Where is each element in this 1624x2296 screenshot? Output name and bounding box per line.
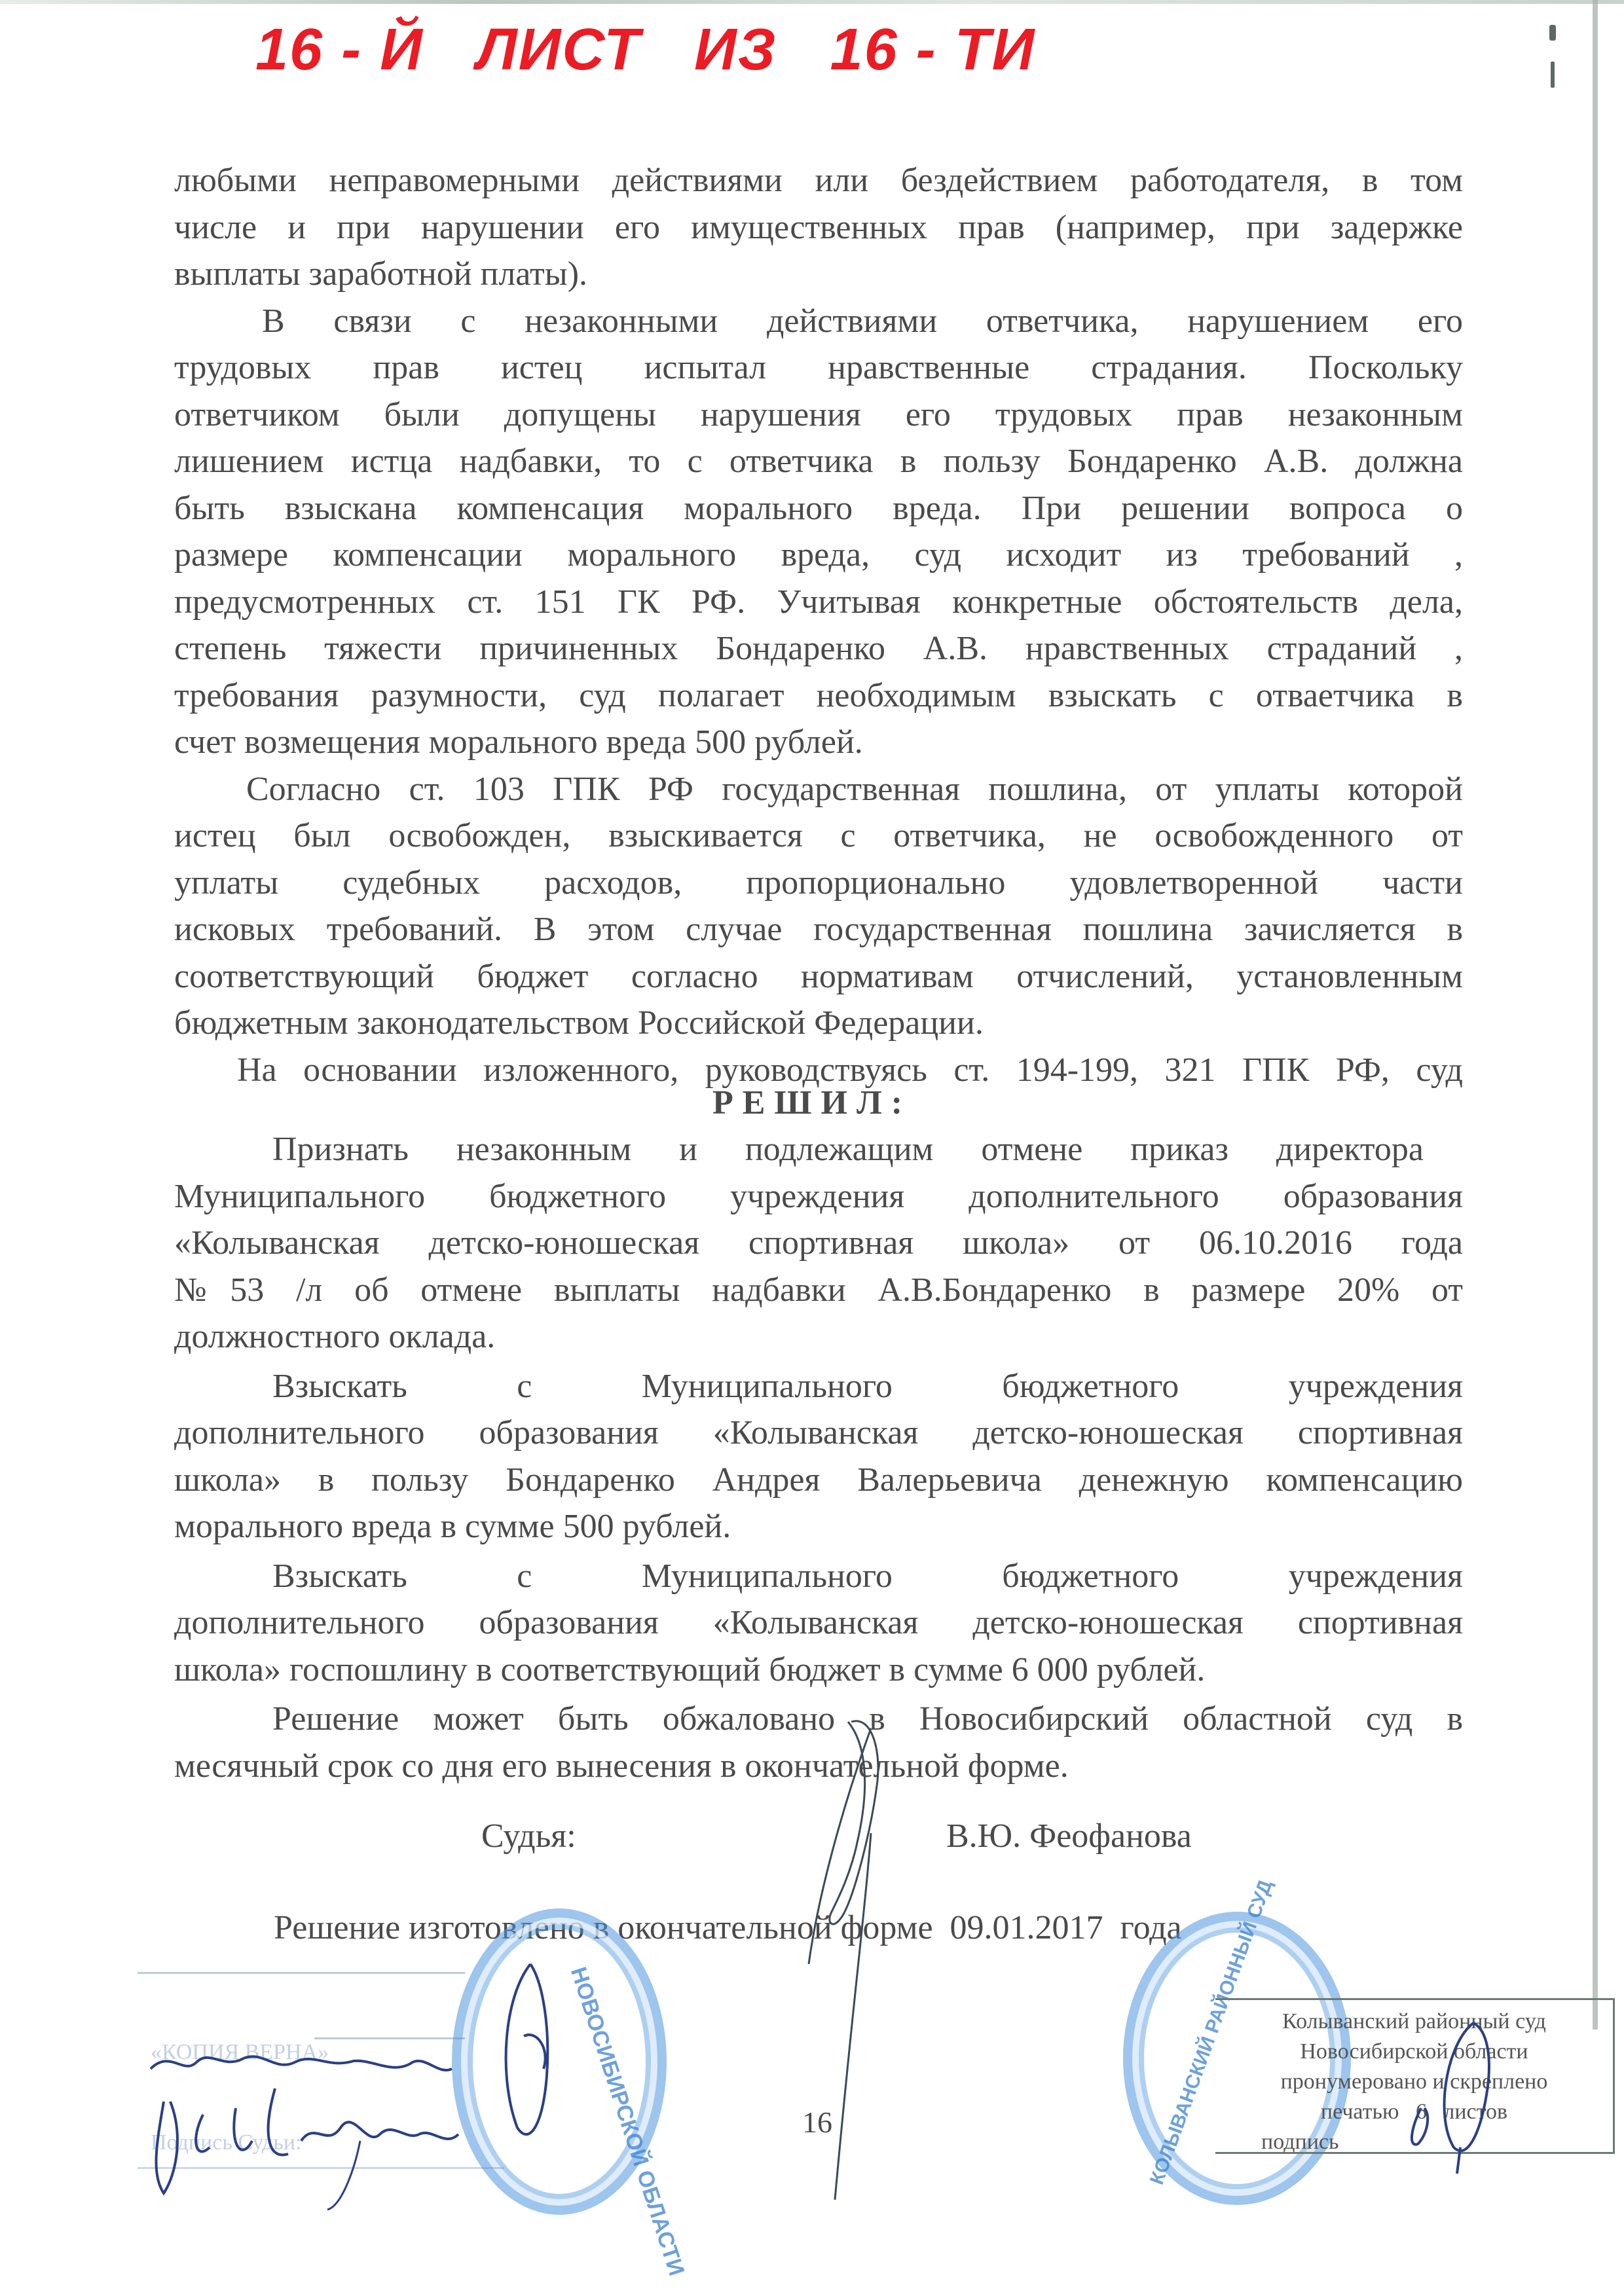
word: с <box>517 1553 532 1600</box>
line: счет возмещения морального вреда 500 руб… <box>174 719 1463 766</box>
word: бюджетного <box>1002 1363 1179 1410</box>
line: трудовых прав истец испытал нравственные… <box>174 344 1463 392</box>
line: уплаты судебных расходов, пропорциональн… <box>174 860 1463 907</box>
line: быть взыскана компенсация морального вре… <box>174 485 1463 532</box>
line: степень тяжести причиненных Бондаренко А… <box>174 625 1463 672</box>
word: с <box>517 1363 532 1410</box>
decision-item-1: Признать незаконным и подлежащим отмене … <box>174 1126 1463 1360</box>
judge-label: Судья: <box>481 1817 576 1855</box>
judge-name: В.Ю. Феофанова <box>946 1817 1192 1855</box>
line: «Колыванская детско-юношеская спортивная… <box>174 1220 1463 1267</box>
line: дополнительного образования «Колыванская… <box>174 1599 1463 1647</box>
line: размере компенсации морального вреда, су… <box>174 532 1463 579</box>
line: истец был освобожден, взыскивается с отв… <box>174 812 1463 860</box>
line: школа» госпошлину в соответствующий бюдж… <box>174 1647 1463 1694</box>
word: Муниципального <box>642 1363 893 1410</box>
line: бюджетным законодательством Российской Ф… <box>174 1000 1463 1047</box>
word: Взыскать <box>272 1363 407 1410</box>
paragraph-1: любыми неправомерными действиями или без… <box>174 157 1463 298</box>
line: предусмотренных ст. 151 ГК РФ. Учитывая … <box>174 579 1463 626</box>
decision-section: Признать незаконным и подлежащим отмене … <box>174 1126 1463 1789</box>
cert-signature-icon <box>1395 2016 1526 2174</box>
word: учреждения <box>1289 1553 1463 1600</box>
page-number: 16 <box>802 2105 832 2140</box>
final-form-note: Решение изготовлено в окончательной форм… <box>274 1908 1182 1947</box>
spread-line: Взыскать с Муниципального бюджетного учр… <box>174 1553 1463 1600</box>
line: Признать незаконным и подлежащим отмене … <box>174 1126 1463 1173</box>
word: Муниципального <box>642 1553 893 1600</box>
paragraph-3: Согласно ст. 103 ГПК РФ государственная … <box>174 766 1463 1047</box>
word: учреждения <box>1289 1363 1463 1410</box>
line: ответчиком были допущены нарушения его т… <box>174 392 1463 439</box>
line: В связи с незаконными действиями ответчи… <box>174 298 1463 345</box>
seal-signature-icon <box>485 1958 576 2154</box>
decision-item-2: Взыскать с Муниципального бюджетного учр… <box>174 1363 1463 1550</box>
line: соответствующий бюджет согласно норматив… <box>174 953 1463 1000</box>
paragraph-2: В связи с незаконными действиями ответчи… <box>174 298 1463 766</box>
decision-item-3: Взыскать с Муниципального бюджетного учр… <box>174 1553 1463 1694</box>
judge-signature-icon <box>773 1702 943 2200</box>
line: любыми неправомерными действиями или без… <box>174 157 1463 204</box>
line: морального вреда в сумме 500 рублей. <box>174 1503 1463 1550</box>
binding-edge <box>1593 0 1598 2030</box>
line: дополнительного образования «Колыванская… <box>174 1410 1463 1457</box>
word: бюджетного <box>1002 1553 1179 1600</box>
line: числе и при нарушении его имущественных … <box>174 204 1463 251</box>
copy-handwriting-icon <box>144 2043 511 2213</box>
spread-line: Взыскать с Муниципального бюджетного учр… <box>174 1363 1463 1410</box>
word: Взыскать <box>272 1553 407 1600</box>
sheet-number-header: 16 - Й ЛИСТ ИЗ 16 - ТИ <box>255 17 1277 82</box>
reasoning-section: любыми неправомерными действиями или без… <box>174 157 1463 1093</box>
scan-edge <box>0 0 1624 4</box>
line: №53 /л об отмене выплаты надбавки А.В.Бо… <box>174 1267 1463 1314</box>
line: исковых требований. В этом случае госуда… <box>174 906 1463 953</box>
line: Муниципального бюджетного учреждения доп… <box>174 1173 1463 1220</box>
line: Согласно ст. 103 ГПК РФ государственная … <box>174 766 1463 813</box>
decision-heading: РЕШИЛ: <box>0 1084 1624 1123</box>
line: должностного оклада. <box>174 1313 1463 1360</box>
line: требования разумности, суд полагает необ… <box>174 672 1463 720</box>
binding-marks <box>1549 25 1557 97</box>
line: лишением истца надбавки, то с ответчика … <box>174 438 1463 485</box>
line: школа» в пользу Бондаренко Андрея Валерь… <box>174 1457 1463 1504</box>
stamp-rule <box>314 2037 465 2039</box>
line: выплаты заработной платы). <box>174 251 1463 298</box>
stamp-rule <box>138 1972 465 1974</box>
